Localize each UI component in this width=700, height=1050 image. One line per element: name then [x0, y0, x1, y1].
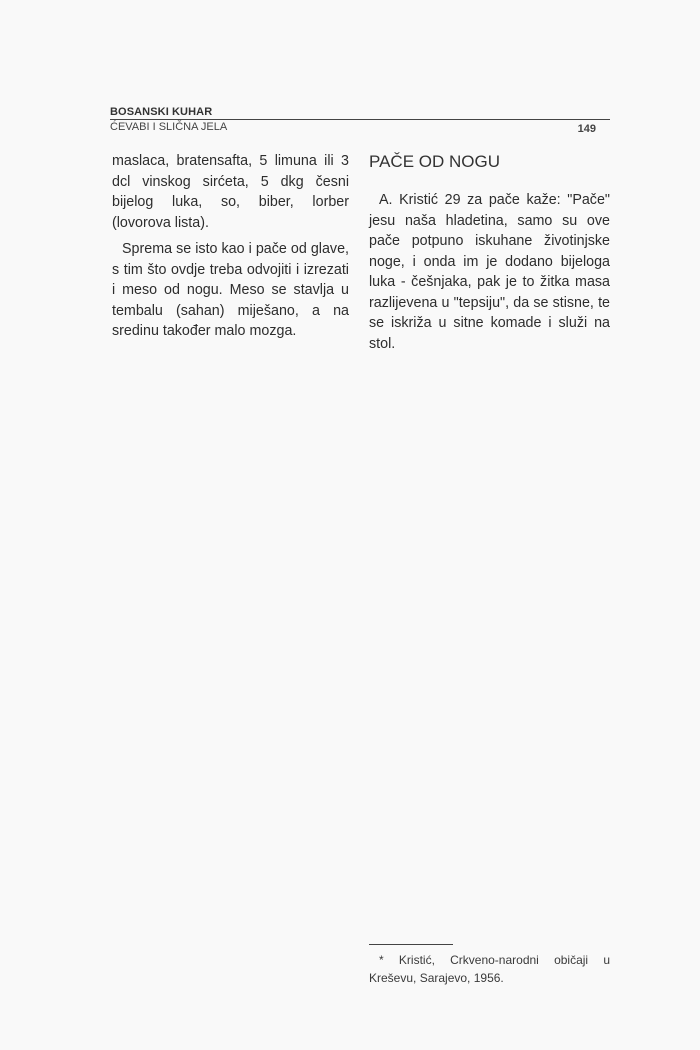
- footnote-text: * Kristić, Crkveno-narodni običaji u Kre…: [369, 951, 610, 987]
- footnote: * Kristić, Crkveno-narodni običaji u Kre…: [369, 944, 610, 987]
- footnote-rule: [369, 944, 453, 945]
- right-column: PAČE OD NOGU A. Kristić 29 za pače kaže:…: [369, 151, 610, 354]
- chapter-title: ĆEVABI I SLIČNA JELA: [110, 121, 227, 133]
- header-rule: [110, 119, 610, 120]
- left-column: maslaca, bratensafta, 5 limuna ili 3 dcl…: [112, 151, 349, 342]
- book-title: BOSANSKI KUHAR: [110, 106, 610, 118]
- section-heading: PAČE OD NOGU: [369, 151, 610, 173]
- paragraph: Sprema se isto kao i pače od glave, s ti…: [112, 239, 349, 342]
- book-page: BOSANSKI KUHAR ĆEVABI I SLIČNA JELA 149 …: [0, 0, 700, 1050]
- page-number: 149: [578, 123, 596, 135]
- paragraph: A. Kristić 29 za pače kaže: "Pače" jesu …: [369, 190, 610, 354]
- running-head: BOSANSKI KUHAR ĆEVABI I SLIČNA JELA 149: [110, 106, 610, 118]
- paragraph: maslaca, bratensafta, 5 limuna ili 3 dcl…: [112, 151, 349, 233]
